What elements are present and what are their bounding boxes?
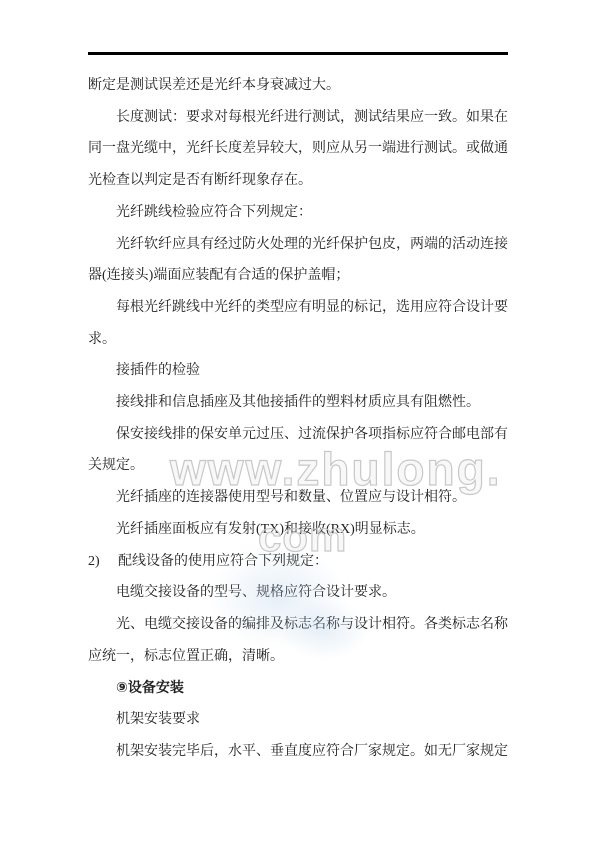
paragraph-fiber-protection: 光纤软纤应具有经过防火处理的光纤保护包皮，两端的活动连接器(连接头)端面应装配有…: [88, 229, 508, 292]
paragraph-cable-equipment-spec: 电缆交接设备的型号、规格应符合设计要求。: [88, 577, 508, 609]
list-item-wiring-equipment: 2)配线设备的使用应符合下列规定：: [88, 546, 508, 578]
paragraph-labeling-consistency: 光、电缆交接设备的编排及标志名称与设计相符。各类标志名称应统一，标志位置正确，清…: [88, 609, 508, 672]
list-marker: 2): [88, 546, 118, 578]
paragraph-jumper-marking: 每根光纤跳线中光纤的类型应有明显的标记，选用应符合设计要求。: [88, 292, 508, 355]
paragraph-rack-install-detail: 机架安装完毕后，水平、垂直度应符合厂家规定。如无厂家规定: [88, 736, 508, 768]
paragraph-flame-retardant: 接线排和信息插座及其他接插件的塑料材质应具有阻燃性。: [88, 387, 508, 419]
paragraph-tx-rx-label: 光纤插座面板应有发射(TX)和接收(RX)明显标志。: [88, 514, 508, 546]
section-heading-equipment-install: ⑨设备安装: [88, 672, 508, 704]
paragraph-jumper-check-title: 光纤跳线检验应符合下列规定：: [88, 197, 508, 229]
list-item-text: 配线设备的使用应符合下列规定：: [118, 554, 328, 569]
header-rule: [88, 52, 508, 55]
paragraph-security-unit: 保安接线排的保安单元过压、过流保护各项指标应符合邮电部有关规定。: [88, 419, 508, 482]
document-body: 断定是测试误差还是光纤本身衰减过大。 长度测试：要求对每根光纤进行测试，测试结果…: [88, 70, 508, 767]
paragraph-rack-install-title: 机架安装要求: [88, 704, 508, 736]
document-page: 断定是测试误差还是光纤本身衰减过大。 长度测试：要求对每根光纤进行测试，测试结果…: [0, 0, 596, 842]
paragraph-continuation: 断定是测试误差还是光纤本身衰减过大。: [88, 70, 508, 102]
paragraph-length-test: 长度测试：要求对每根光纤进行测试，测试结果应一致。如果在同一盘光缆中，光纤长度差…: [88, 102, 508, 197]
paragraph-fiber-socket-connector: 光纤插座的连接器使用型号和数量、位置应与设计相符。: [88, 482, 508, 514]
paragraph-connector-check-title: 接插件的检验: [88, 355, 508, 387]
